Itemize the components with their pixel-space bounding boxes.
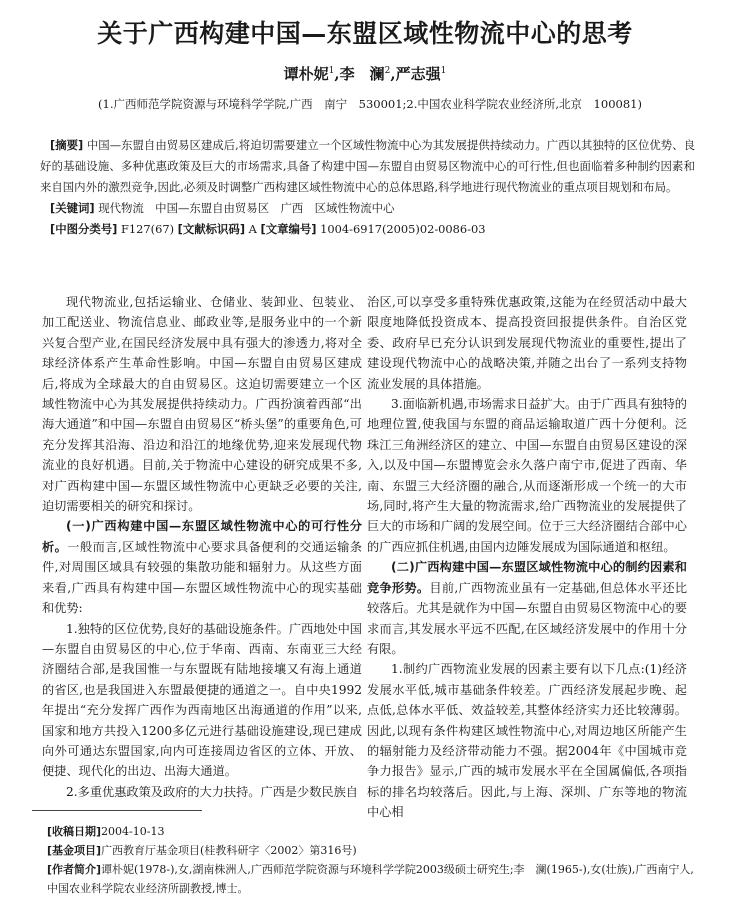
doc-code-value: A (249, 222, 257, 236)
bio-value: 谭朴妮(1978-),女,湖南株洲人,广西师范学院资源与环境科学学院2003级硕… (47, 863, 694, 895)
article-no-value: 1004-6917(2005)02-0086-03 (320, 222, 485, 236)
footnote-divider (32, 810, 202, 811)
right-column: 治区,可以享受多重特殊优惠政策,这能为在经贸活动中最大限度地降低投资成本、提高投… (367, 292, 687, 823)
abstract: [摘要] 中国—东盟自由贸易区建成后,将迫切需要建立一个区域性物流中心为其发展提… (40, 135, 695, 198)
body-paragraph: 现代物流业,包括运输业、仓储业、装卸业、包装业、加工配送业、物流信息业、邮政业等… (42, 292, 362, 516)
received-label: [收稿日期] (47, 825, 101, 838)
author-list: 谭朴妮1,李 澜2,严志强1 (0, 63, 730, 84)
abstract-label: [摘要] (50, 138, 83, 152)
fund-project: [基金项目]广西教育厅基金项目(桂教科研字〈2002〉第316号) (32, 841, 702, 860)
keywords-text: 现代物流 中国—东盟自由贸易区 广西 区域性物流中心 (98, 201, 394, 215)
author-bio: [作者简介]谭朴妮(1978-),女,湖南株洲人,广西师范学院资源与环境科学学院… (32, 860, 702, 898)
article-no-label: [文章编号] (261, 222, 317, 236)
body-paragraph: 1.制约广西物流业发展的因素主要有以下几点:(1)经济发展水平低,城市基础条件较… (367, 659, 687, 822)
author-affil-sup: 2 (385, 66, 391, 76)
abstract-text: 中国—东盟自由贸易区建成后,将迫切需要建立一个区域性物流中心为其发展提供持续动力… (40, 138, 695, 194)
received-date: [收稿日期]2004-10-13 (32, 822, 702, 841)
fund-value: 广西教育厅基金项目(桂教科研字〈2002〉第316号) (101, 844, 357, 857)
keywords-label: [关键词] (50, 201, 95, 215)
body-paragraph: 3.面临新机遇,市场需求日益扩大。由于广西具有独特的地理位置,使我国与东盟的商品… (367, 394, 687, 557)
body-paragraph: 1.独特的区位优势,良好的基础设施条件。广西地处中国—东盟自由贸易区的中心,位于… (42, 619, 362, 782)
author-name: 李 澜 (340, 65, 385, 83)
received-value: 2004-10-13 (101, 825, 164, 838)
paper-title: 关于广西构建中国—东盟区域性物流中心的思考 (0, 14, 730, 50)
footnotes: [收稿日期]2004-10-13 [基金项目]广西教育厅基金项目(桂教科研字〈2… (32, 822, 702, 898)
body-paragraph: 治区,可以享受多重特殊优惠政策,这能为在经贸活动中最大限度地降低投资成本、提高投… (367, 292, 687, 394)
author-name: 谭朴妮 (284, 65, 329, 83)
paragraph-text: 一般而言,区域性物流中心要求具备便利的交通运输条件,对周围区域具有较强的集散功能… (42, 540, 362, 615)
author-name: 严志强 (396, 65, 441, 83)
body-paragraph: (一)广西构建中国—东盟区域性物流中心的可行性分析。一般而言,区域性物流中心要求… (42, 516, 362, 618)
clc-label: [中图分类号] (50, 222, 117, 236)
left-column: 现代物流业,包括运输业、仓储业、装卸业、包装业、加工配送业、物流信息业、邮政业等… (42, 292, 362, 802)
body-paragraph: (二)广西构建中国—东盟区域性物流中心的制约因素和竞争形势。目前,广西物流业虽有… (367, 557, 687, 659)
body-paragraph: 2.多重优惠政策及政府的大力扶持。广西是少数民族自 (42, 782, 362, 802)
clc-value: F127(67) (121, 222, 174, 236)
affiliations: (1.广西师范学院资源与环境科学学院,广西 南宁 530001;2.中国农业科学… (50, 96, 690, 112)
fund-label: [基金项目] (47, 844, 101, 857)
bio-label: [作者简介] (47, 863, 101, 876)
classification-line: [中图分类号] F127(67) [文献标识码] A [文章编号] 1004-6… (40, 219, 695, 240)
keywords: [关键词] 现代物流 中国—东盟自由贸易区 广西 区域性物流中心 (40, 198, 695, 219)
author-affil-sup: 1 (441, 66, 447, 76)
abstract-block: [摘要] 中国—东盟自由贸易区建成后,将迫切需要建立一个区域性物流中心为其发展提… (40, 135, 695, 240)
author-affil-sup: 1 (329, 66, 335, 76)
doc-code-label: [文献标识码] (178, 222, 245, 236)
